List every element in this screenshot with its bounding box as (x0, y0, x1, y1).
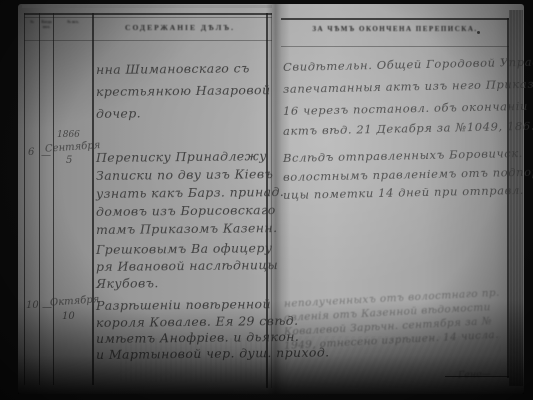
photo-stage: № Когда пол. № исх. СОДЕРЖАНІЕ ДѢЛЪ. ЗА … (0, 0, 533, 400)
vignette-overlay (0, 0, 533, 400)
